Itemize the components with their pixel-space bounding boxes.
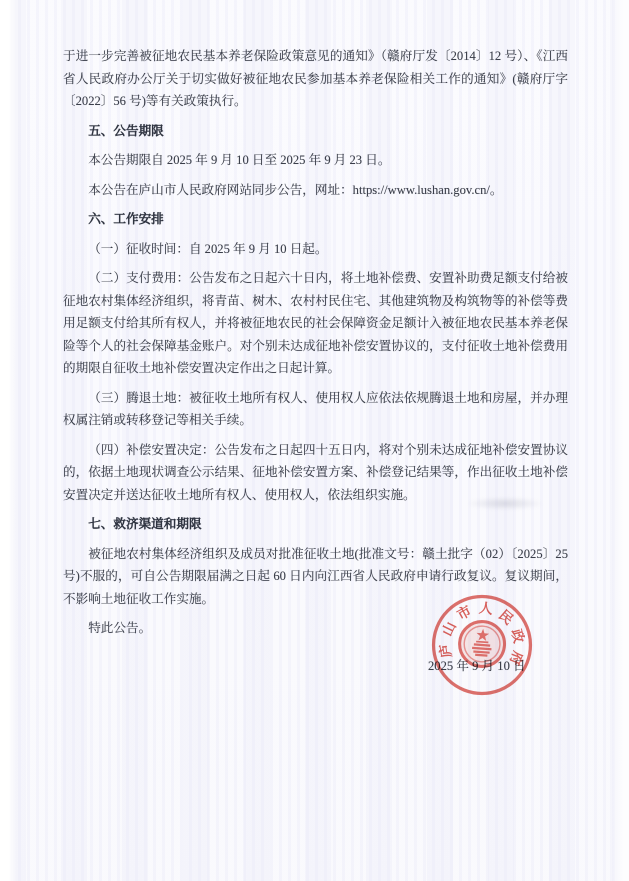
paragraph-website-notice: 本公告在庐山市人民政府网站同步公告，网址：https://www.lushan.… [63,179,568,202]
paragraph-policy-references: 于进一步完善被征地农民基本养老保险政策意见的通知》（赣府厅发〔2014〕12 号… [63,45,568,113]
paragraph-compensation-decision: （四）补偿安置决定：公告发布之日起四十五日内，将对个别未达成征地补偿安置协议的，… [63,439,568,507]
official-seal: 庐山市人民政府 [431,594,533,696]
seal-char: 人 [478,600,493,616]
announcement-body: 于进一步完善被征地农民基本养老保险政策意见的通知》（赣府厅发〔2014〕12 号… [63,45,568,647]
section-heading-work-arrangement: 六、工作安排 [63,208,568,231]
document-page: 于进一步完善被征地农民基本养老保险政策意见的通知》（赣府厅发〔2014〕12 号… [0,0,629,881]
paragraph-payment-of-fees: （二）支付费用：公告发布之日起六十日内，将土地补偿费、安置补助费足额支付给被征地… [63,267,568,380]
section-heading-announcement-period: 五、公告期限 [63,120,568,143]
seal-char: 政 [509,627,528,644]
section-heading-relief-channels: 七、救济渠道和期限 [63,513,568,536]
national-emblem-icon [458,620,506,668]
seal-char: 山 [439,619,459,638]
paragraph-collection-time: （一）征收时间：自 2025 年 9 月 10 日起。 [63,238,568,261]
seal-char: 庐 [436,643,454,659]
paragraph-land-vacating: （三）腾退土地：被征收土地所有权人、使用权人应依法依规腾退土地和房屋，并办理权属… [63,387,568,432]
paragraph-announcement-period: 本公告期限自 2025 年 9 月 10 日至 2025 年 9 月 23 日。 [63,149,568,172]
seal-char: 民 [496,607,516,628]
scan-artifact [466,497,544,510]
seal-char: 府 [507,649,527,668]
